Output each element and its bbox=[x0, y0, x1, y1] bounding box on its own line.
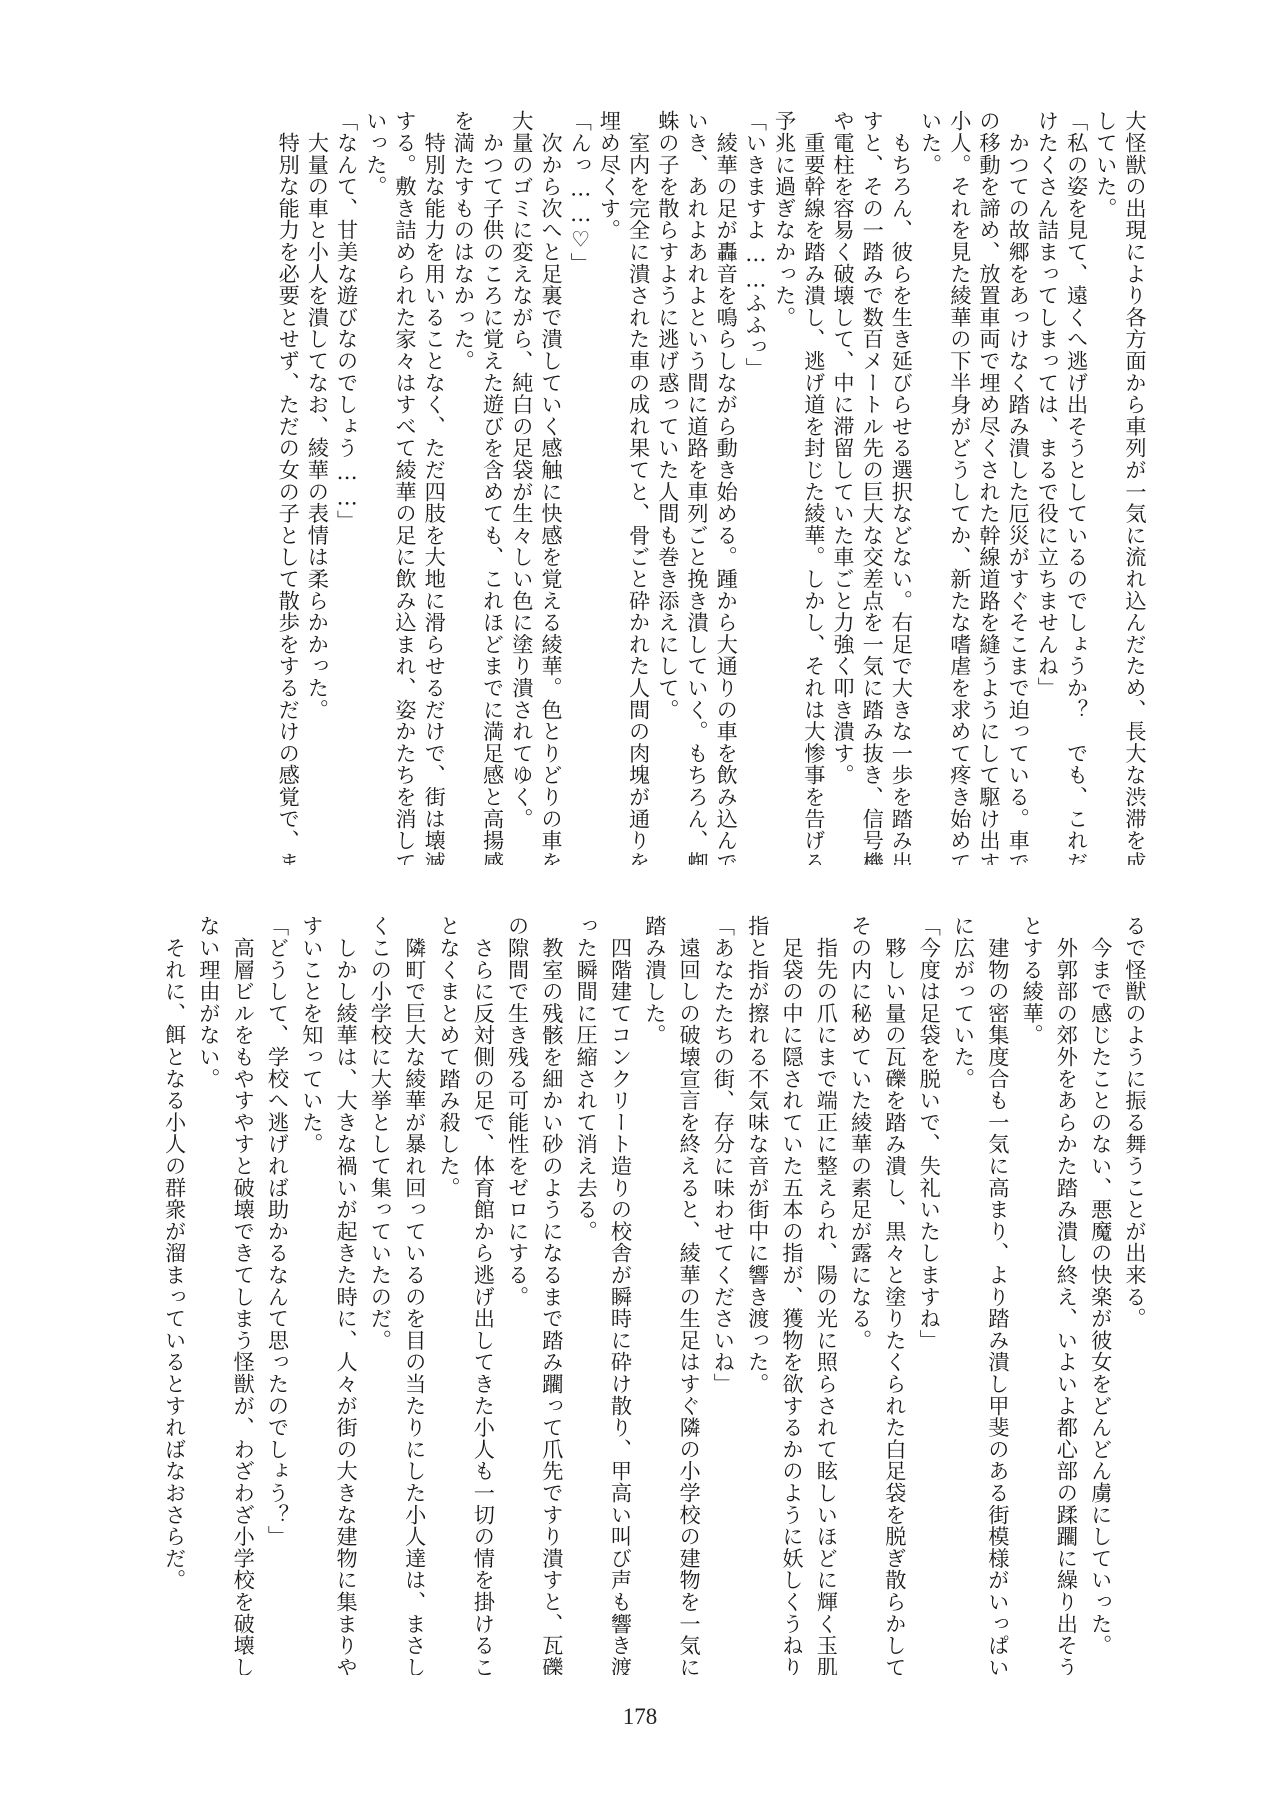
text-column: 指と指が擦れる不気味な音が街中に響き渡った。 bbox=[743, 915, 773, 1675]
text-column: かつての故郷をあっけなく踏み潰した厄災がすぐそこまで迫っている。車で bbox=[1003, 110, 1033, 865]
text-column: 大量のゴミに変えながら、純白の足袋が生々しい色に塗り潰されてゆく。 bbox=[507, 110, 537, 865]
text-column: るで怪獣のように振る舞うことが出来る。 bbox=[1120, 915, 1150, 1675]
text-column: 外郭部の郊外をあらかた踏み潰し終え、いよいよ都心部の蹂躙に繰り出そう bbox=[1051, 915, 1081, 1675]
text-column: 隣町で巨大な綾華が暴れ回っているのを目の当たりにした小人達は、まさし bbox=[400, 915, 430, 1675]
text-column: 室内を完全に潰された車の成れ果てと、骨ごと砕かれた人間の肉塊が通りを bbox=[624, 110, 654, 865]
text-column: 特別な能力を用いることなく、ただ四肢を大地に滑らせるだけで、街は壊滅 bbox=[419, 110, 449, 865]
text-column: とする綾華。 bbox=[1017, 915, 1047, 1675]
text-column: 建物の密集度合も一気に高まり、より踏み潰し甲斐のある街模様がいっぱい bbox=[983, 915, 1013, 1675]
text-column: それに、餌となる小人の群衆が溜まっているとすればなおさらだ。 bbox=[160, 915, 190, 1675]
text-column: 指先の爪にまで端正に整えられ、陽の光に照らされて眩しいほどに輝く玉肌。 bbox=[811, 915, 841, 1675]
text-column: 高層ビルをもやすやすと破壊できてしまう怪獣が、わざわざ小学校を破壊し bbox=[228, 915, 258, 1675]
text-column: けたくさん詰まってしまっては、まるで役に立ちませんね」 bbox=[1032, 110, 1062, 865]
text-column: 予兆に過ぎなかった。 bbox=[770, 110, 800, 865]
text-column: 「いきますよ……ふふっ」 bbox=[740, 110, 770, 865]
text-column: 「んっ……♡」 bbox=[565, 110, 595, 865]
text-column: 大怪獣の出現により各方面から車列が一気に流れ込んだため、長大な渋滞を成 bbox=[1120, 110, 1150, 865]
text-column: 教室の残骸を細かい砂のようになるまで踏み躙って爪先ですり潰すと、瓦礫 bbox=[537, 915, 567, 1675]
text-column: の移動を諦め、放置車両で埋め尽くされた幹線道路を縫うようにして駆け出す bbox=[974, 110, 1004, 865]
text-column: となくまとめて踏み殺した。 bbox=[434, 915, 464, 1675]
text-column: しかし綾華は、大きな禍いが起きた時に、人々が街の大きな建物に集まりや bbox=[331, 915, 361, 1675]
text-column: 大量の車と小人を潰してなお、綾華の表情は柔らかかった。 bbox=[302, 110, 332, 865]
text-column: の隙間で生き残る可能性をゼロにする。 bbox=[503, 915, 533, 1675]
text-column: に広がっていた。 bbox=[949, 915, 979, 1675]
text-column: 「どうして、学校へ逃げれば助かるなんて思ったのでしょう？」 bbox=[263, 915, 293, 1675]
text-column: していた。 bbox=[1091, 110, 1121, 865]
text-column: った瞬間に圧縮されて消え去る。 bbox=[571, 915, 601, 1675]
text-column: 「なんて、甘美な遊びなのでしょう……」 bbox=[332, 110, 362, 865]
text-column: その内に秘めていた綾華の素足が露になる。 bbox=[846, 915, 876, 1675]
text-column: いき、あれよあれよという間に道路を車列ごと挽き潰していく。もちろん、蜘 bbox=[682, 110, 712, 865]
text-block-bottom: るで怪獣のように振る舞うことが出来る。 今まで感じたことのない、悪魔の快楽が彼女… bbox=[120, 915, 1150, 1675]
text-column: 夥しい量の瓦礫を踏み潰し、黒々と塗りたくられた白足袋を脱ぎ散らかして、 bbox=[880, 915, 910, 1675]
text-column: 重要幹線を踏み潰し、逃げ道を封じた綾華。しかし、それは大惨事を告げる bbox=[799, 110, 829, 865]
text-column: 今まで感じたことのない、悪魔の快楽が彼女をどんどん虜にしていった。 bbox=[1086, 915, 1116, 1675]
text-column: 綾華の足が轟音を鳴らしながら動き始める。踵から大通りの車を飲み込んで bbox=[711, 110, 741, 865]
text-column: もちろん、彼らを生き延びらせる選択などない。右足で大きな一歩を踏み出 bbox=[886, 110, 916, 865]
text-column: ない理由がない。 bbox=[194, 915, 224, 1675]
text-column: 埋め尽くす。 bbox=[594, 110, 624, 865]
text-column: 特別な能力を必要とせず、ただの女の子として散歩をするだけの感覚で、ま bbox=[273, 110, 303, 865]
text-column: 四階建てコンクリート造りの校舎が瞬時に砕け散り、甲高い叫び声も響き渡 bbox=[606, 915, 636, 1675]
text-column: や電柱を容易く破壊して、中に滞留していた車ごと力強く叩き潰す。 bbox=[828, 110, 858, 865]
text-column: 「あなたたちの街、存分に味わせてくださいね」 bbox=[708, 915, 738, 1675]
text-column: 遠回しの破壊宣言を終えると、綾華の生足はすぐ隣の小学校の建物を一気に bbox=[674, 915, 704, 1675]
text-column: 次から次へと足裏で潰していく感触に快感を覚える綾華。色とりどりの車を bbox=[536, 110, 566, 865]
text-column: さらに反対側の足で、体育館から逃げ出してきた小人も一切の情を掛けるこ bbox=[468, 915, 498, 1675]
text-column: 踏み潰した。 bbox=[640, 915, 670, 1675]
text-column: いた。 bbox=[916, 110, 946, 865]
text-column: 蛛の子を散らすように逃げ惑っていた人間も巻き添えにして。 bbox=[653, 110, 683, 865]
text-column: すいことを知っていた。 bbox=[297, 915, 327, 1675]
text-column: かつて子供のころに覚えた遊びを含めても、これほどまでに満足感と高揚感 bbox=[478, 110, 508, 865]
page-number: 178 bbox=[0, 1704, 1280, 1730]
text-column: 小人。それを見た綾華の下半身がどうしてか、新たな嗜虐を求めて疼き始めて bbox=[945, 110, 975, 865]
text-column: いった。 bbox=[361, 110, 391, 865]
text-column: くこの小学校に大挙として集っていたのだ。 bbox=[365, 915, 395, 1675]
text-block-top: 大怪獣の出現により各方面から車列が一気に流れ込んだため、長大な渋滞を成していた。… bbox=[120, 110, 1150, 865]
text-column: 「私の姿を見て、遠くへ逃げ出そうとしているのでしょうか？ でも、これだ bbox=[1062, 110, 1092, 865]
book-page: 大怪獣の出現により各方面から車列が一気に流れ込んだため、長大な渋滞を成していた。… bbox=[0, 0, 1280, 1810]
text-column: 「今度は足袋を脱いで、失礼いたしますね」 bbox=[914, 915, 944, 1675]
text-column: を満たすものはなかった。 bbox=[448, 110, 478, 865]
text-column: すと、その一踏みで数百メートル先の巨大な交差点を一気に踏み抜き、信号機 bbox=[857, 110, 887, 865]
text-column: 足袋の中に隠されていた五本の指が、獲物を欲するかのように妖しくうねり、 bbox=[777, 915, 807, 1675]
text-column: する。敷き詰められた家々はすべて綾華の足に飲み込まれ、姿かたちを消して bbox=[390, 110, 420, 865]
